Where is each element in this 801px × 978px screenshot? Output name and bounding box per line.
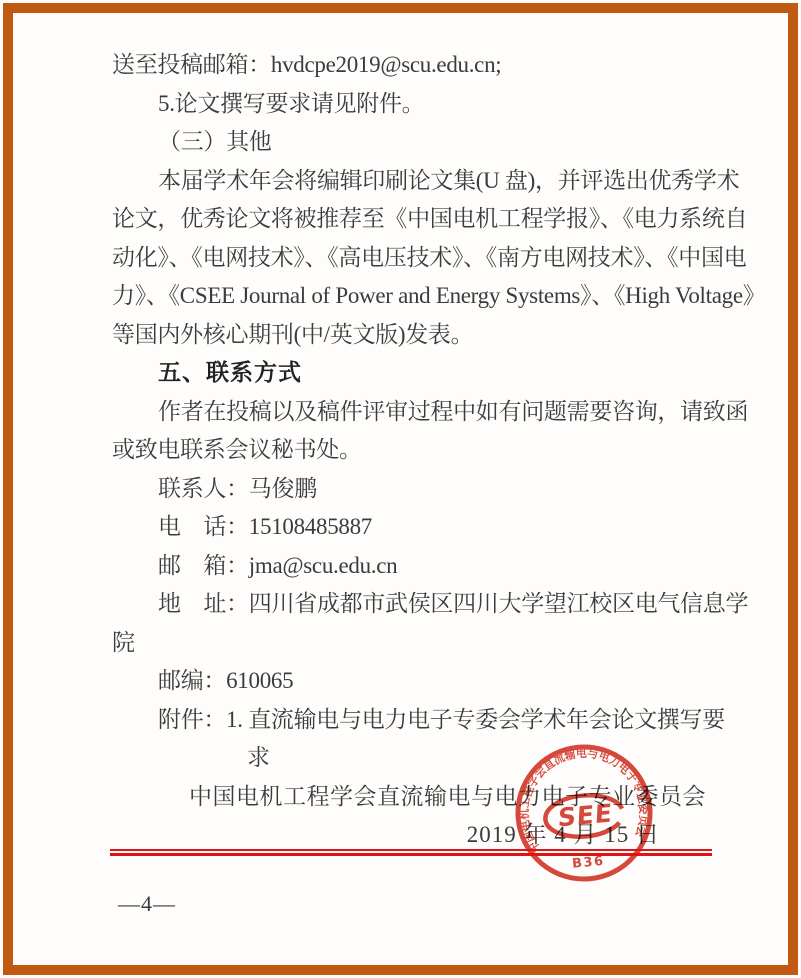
attachment-line: 附件：1. 直流输电与电力电子专委会学术年会论文撰写要 — [112, 701, 712, 740]
text-line: 本届学术年会将编辑印刷论文集(U 盘)，并评选出优秀学术 — [112, 162, 712, 201]
contact-person-line: 联系人：马俊鹏 — [112, 470, 712, 509]
address-line: 地 址：四川省成都市武侯区四川大学望江校区电气信息学 — [112, 585, 712, 624]
address-line-cont: 院 — [112, 624, 712, 663]
text-line: 论文，优秀论文将被推荐至《中国电机工程学报》、《电力系统自 — [112, 200, 712, 239]
scanned-document-page: { "page": { "number_label": "—4—", "bord… — [0, 0, 801, 978]
postcode-line: 邮编：610065 — [112, 662, 712, 701]
text-line: 动化》、《电网技术》、《高电压技术》、《南方电网技术》、《中国电 — [112, 239, 712, 278]
footer-double-rule — [110, 849, 712, 856]
text-line: （三）其他 — [112, 123, 712, 162]
text-line: 5.论文撰写要求请见附件。 — [112, 85, 712, 124]
seal-code: B36 — [572, 854, 606, 872]
seal-ring-text: 中国电机工程学会直流输电与电力电子专业委员会 — [509, 738, 656, 857]
phone-line: 电 话：15108485887 — [112, 508, 712, 547]
document-body: 送至投稿邮箱：hvdcpe2019@scu.edu.cn; 5.论文撰写要求请见… — [112, 46, 712, 855]
official-red-seal: 中国电机工程学会直流输电与电力电子专业委员会 SEE B36 — [503, 732, 666, 895]
text-line: 作者在投稿以及稿件评审过程中如有问题需要咨询，请致函 — [112, 393, 712, 432]
text-line: 送至投稿邮箱：hvdcpe2019@scu.edu.cn; — [112, 46, 712, 85]
text-line: 力》、《CSEE Journal of Power and Energy Sys… — [112, 277, 712, 316]
section-heading: 五、联系方式 — [112, 354, 712, 393]
text-line: 等国内外核心期刊(中/英文版)发表。 — [112, 316, 712, 355]
page-number: —4— — [118, 891, 176, 917]
seal-logo-text: SEE — [557, 798, 613, 832]
email-line: 邮 箱：jma@scu.edu.cn — [112, 547, 712, 586]
text-line: 或致电联系会议秘书处。 — [112, 431, 712, 470]
